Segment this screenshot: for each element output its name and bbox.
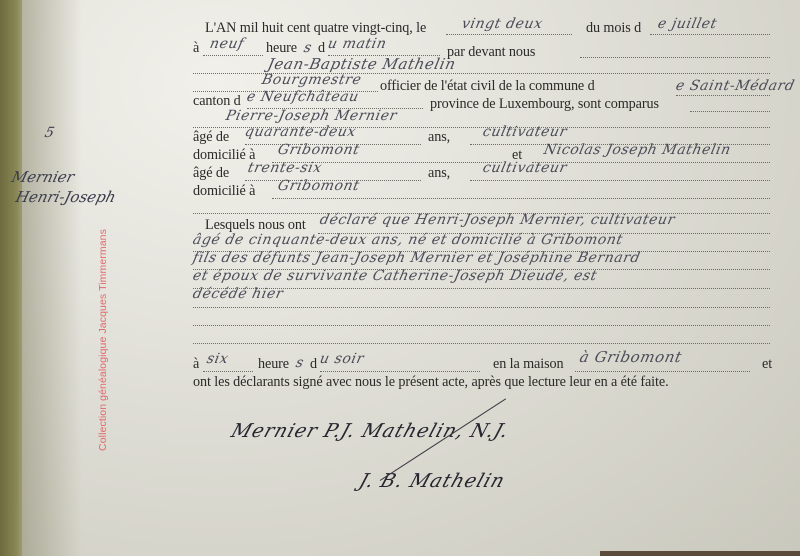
handwritten-witness2-occupation: cultivateur xyxy=(481,160,568,176)
dotted-line xyxy=(575,371,750,372)
handwritten-declaration-line-3: fils des défunts Jean-Joseph Mernier et … xyxy=(191,250,642,266)
handwritten-commune: e Saint-Médard xyxy=(674,78,796,94)
dotted-line xyxy=(676,95,770,96)
printed-province: province de Luxembourg, sont comparus xyxy=(430,96,659,113)
handwritten-day: vingt deux xyxy=(460,16,544,32)
handwritten-officer-name: Jean-Baptiste Mathelin xyxy=(266,55,457,73)
signature-officer: J. B. Mathelin xyxy=(356,470,508,492)
handwritten-hour: neuf xyxy=(208,36,245,52)
watermark: Collection généalogique Jacques Timmerma… xyxy=(97,229,109,451)
printed-a: à xyxy=(193,40,199,57)
printed-du: d xyxy=(310,356,317,373)
handwritten-declaration-line-1: déclaré que Henri-Joseph Mernier, cultiv… xyxy=(318,212,676,228)
handwritten-month: e juillet xyxy=(656,16,718,32)
page-bottom-edge xyxy=(600,551,800,556)
dotted-line xyxy=(203,55,263,56)
handwritten-witness2-age: trente-six xyxy=(246,160,323,176)
printed-par-devant: par devant nous xyxy=(447,44,535,61)
handwritten-declaration-line-5: décédé hier xyxy=(191,286,285,302)
handwritten-closing-hour: six xyxy=(205,351,230,367)
handwritten-declaration-line-4: et époux de survivante Catherine-Joseph … xyxy=(191,268,598,284)
printed-ans: ans, xyxy=(428,129,450,146)
printed-a: à xyxy=(193,356,199,373)
printed-en-la-maison: en la maison xyxy=(493,356,564,373)
printed-domicile-label: domicilié à xyxy=(193,183,255,200)
handwritten-place: à Gribomont xyxy=(578,348,684,366)
printed-ans: ans, xyxy=(428,165,450,182)
handwritten-declaration-line-2: âgé de cinquante-deux ans, né et domicil… xyxy=(191,232,624,248)
handwritten-witness2-name: Nicolas Joseph Mathelin xyxy=(542,142,732,158)
printed-month-label: du mois d xyxy=(586,20,641,37)
dotted-line xyxy=(193,325,770,326)
dotted-line xyxy=(580,57,770,58)
margin-surname: Mernier xyxy=(10,168,76,186)
margin-given-names: Henri-Joseph xyxy=(14,188,118,206)
printed-year-line: L'AN mil huit cent quatre vingt-cinq, le xyxy=(205,20,426,37)
handwritten-witness1-age: quarante-deux xyxy=(243,124,357,140)
dotted-line xyxy=(320,371,480,372)
handwritten-witness1-name: Pierre-Joseph Mernier xyxy=(224,108,398,124)
printed-officer-label: officier de l'état civil de la commune d xyxy=(380,78,595,95)
signature-witnesses: Mernier P.J. Mathelin, N.J. xyxy=(228,420,512,442)
dotted-line xyxy=(470,180,770,181)
handwritten-officer-title: Bourgmestre xyxy=(260,72,363,88)
dotted-line xyxy=(446,34,572,35)
printed-domicile-label: domicilié à xyxy=(193,147,255,164)
handwritten-witness1-domicile: Gribomont xyxy=(276,142,361,158)
printed-heure: heure xyxy=(258,356,289,373)
dotted-line xyxy=(203,371,253,372)
printed-age-label: âgé de xyxy=(193,129,229,146)
handwritten-period: u matin xyxy=(326,36,388,52)
printed-closing-statement: ont les déclarants signé avec nous le pr… xyxy=(193,374,669,391)
dotted-line xyxy=(690,111,770,112)
printed-age-label: âgé de xyxy=(193,165,229,182)
handwritten-canton: e Neufchâteau xyxy=(245,89,360,105)
handwritten-witness2-domicile: Gribomont xyxy=(276,178,361,194)
handwritten-witness1-occupation: cultivateur xyxy=(481,124,568,140)
dotted-line xyxy=(650,34,770,35)
dotted-line xyxy=(272,198,770,199)
dotted-line xyxy=(193,343,770,344)
handwritten-closing-period: u soir xyxy=(318,351,365,367)
dotted-line xyxy=(193,307,770,308)
printed-et: et xyxy=(762,356,772,373)
